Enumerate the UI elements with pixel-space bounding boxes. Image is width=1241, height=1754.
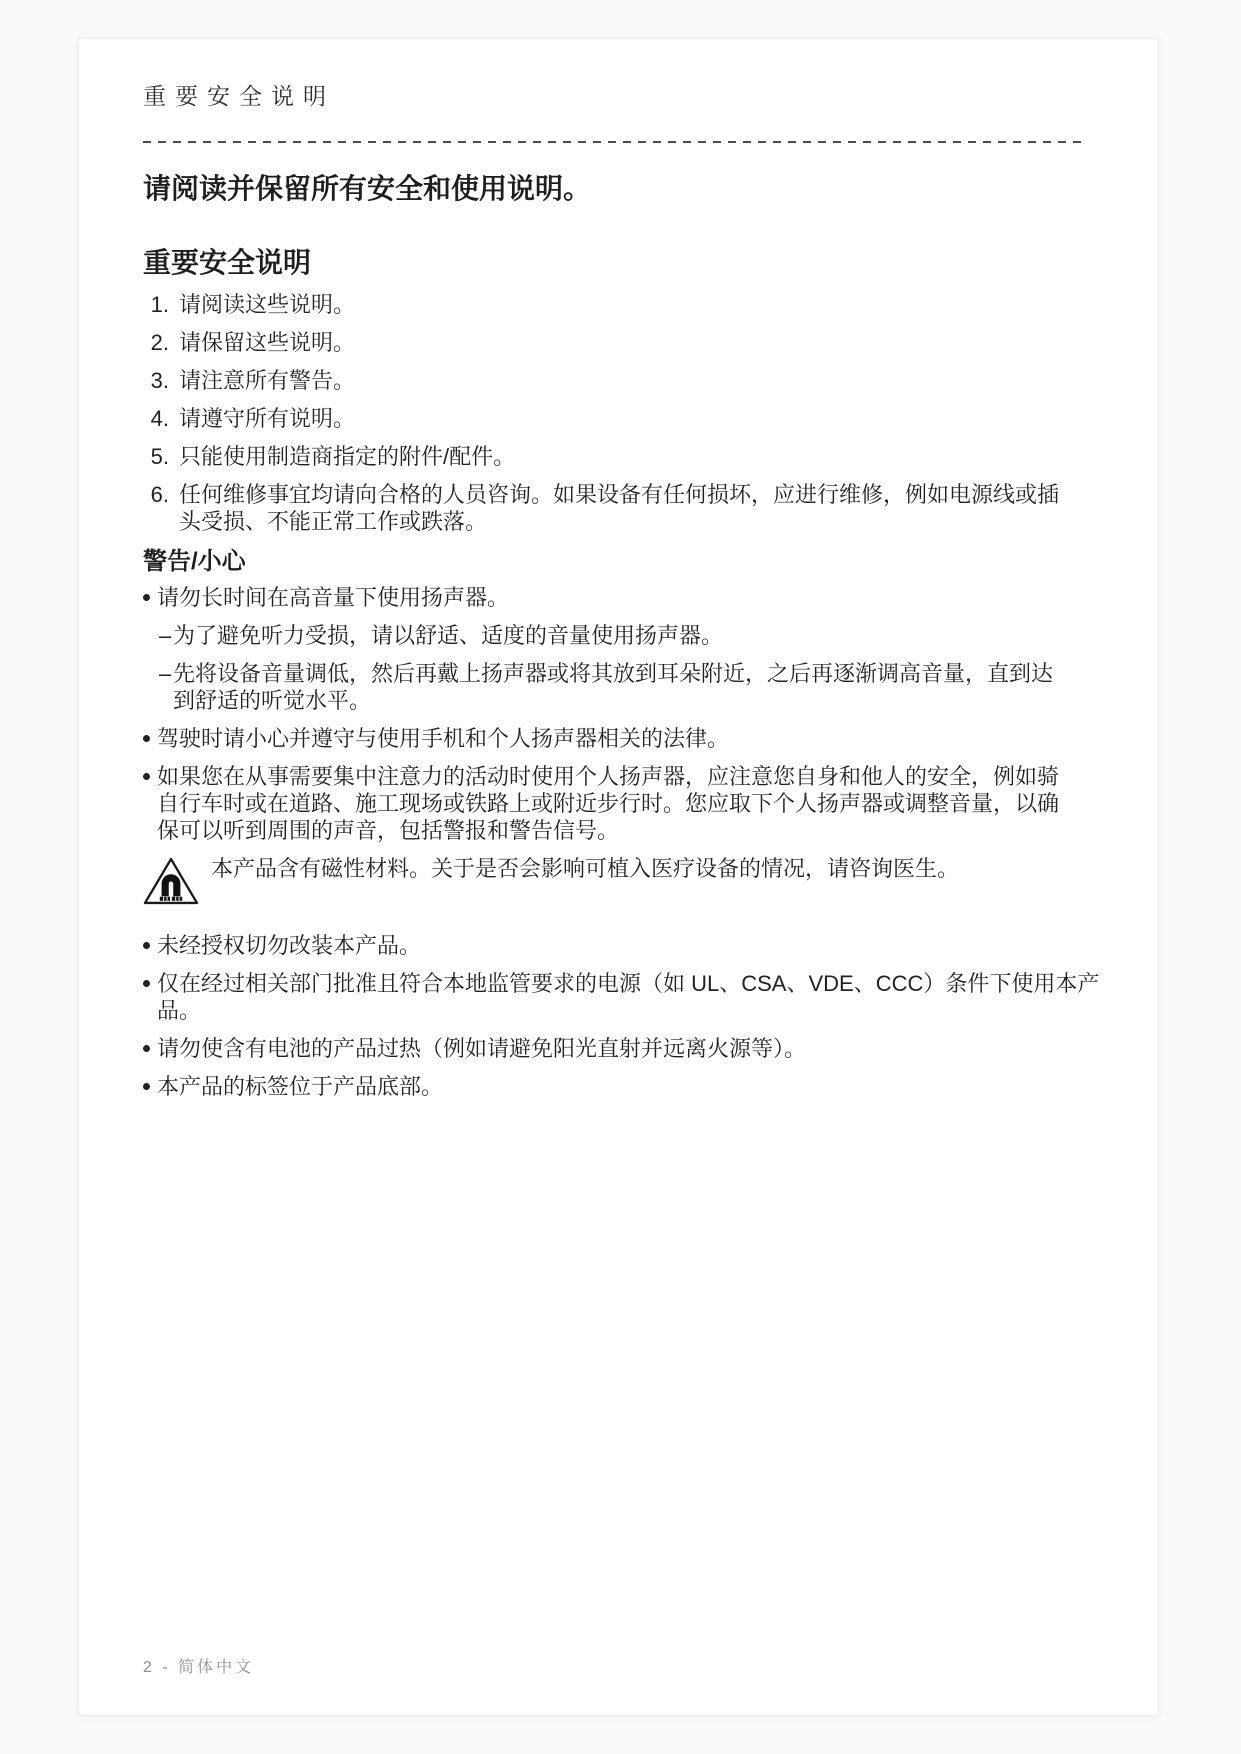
list-item: 驾驶时请小心并遵守与使用手机和个人扬声器相关的法律。 xyxy=(143,725,1118,752)
bullet-icon xyxy=(143,1083,150,1090)
section-title-warning-caution: 警告/小心 xyxy=(143,549,1118,575)
list-item-number: 6. xyxy=(143,481,169,508)
list-item-text: 仅在经过相关部门批准且符合本地监管要求的电源（如 UL、CSA、VDE、CCC）… xyxy=(157,970,1118,1024)
running-header-title: 重要安全说明 xyxy=(143,84,1118,108)
list-item: 请勿使含有电池的产品过热（例如请避免阳光直射并远离火源等）。 xyxy=(143,1035,1118,1062)
dash-marker: – xyxy=(159,660,173,687)
list-item: 未经授权切勿改装本产品。 xyxy=(143,932,1118,959)
bullet-icon xyxy=(143,735,150,742)
sub-list-item: – 先将设备音量调低，然后再戴上扬声器或将其放到耳朵附近，之后再逐渐调高音量，直… xyxy=(159,660,1118,714)
list-item-text: 请保留这些说明。 xyxy=(179,329,1118,356)
additional-warnings-list: 未经授权切勿改装本产品。 仅在经过相关部门批准且符合本地监管要求的电源（如 UL… xyxy=(143,932,1118,1100)
list-item-text: 本产品的标签位于产品底部。 xyxy=(157,1073,1118,1100)
bullet-icon xyxy=(143,1045,150,1052)
list-item-text: 请遵守所有说明。 xyxy=(179,405,1118,432)
list-item-text: 请注意所有警告。 xyxy=(179,367,1118,394)
magnet-warning-note: 本产品含有磁性材料。关于是否会影响可植入医疗设备的情况，请咨询医生。 xyxy=(141,855,1118,907)
dash-marker: – xyxy=(159,622,173,649)
list-item-number: 1. xyxy=(143,291,169,318)
list-item: 2. 请保留这些说明。 xyxy=(143,329,1118,356)
intro-statement: 请阅读并保留所有安全和使用说明。 xyxy=(143,173,1118,205)
list-item: 6. 任何维修事宜均请向合格的人员咨询。如果设备有任何损坏，应进行维修，例如电源… xyxy=(143,481,1118,535)
list-item: 5. 只能使用制造商指定的附件/配件。 xyxy=(143,443,1118,470)
bullet-icon xyxy=(143,594,150,601)
dashed-divider xyxy=(143,141,1081,143)
safety-instructions-list: 1. 请阅读这些说明。 2. 请保留这些说明。 3. 请注意所有警告。 4. 请… xyxy=(143,291,1118,535)
bullet-icon xyxy=(143,773,150,780)
list-item-text: 请勿长时间在高音量下使用扬声器。 xyxy=(157,584,1118,611)
list-item-number: 2. xyxy=(143,329,169,356)
list-item-text: 先将设备音量调低，然后再戴上扬声器或将其放到耳朵附近，之后再逐渐调高音量，直到达… xyxy=(173,660,1118,714)
magnet-warning-icon xyxy=(141,855,201,907)
list-item: 如果您在从事需要集中注意力的活动时使用个人扬声器，应注意您自身和他人的安全，例如… xyxy=(143,763,1118,844)
list-item-text: 驾驶时请小心并遵守与使用手机和个人扬声器相关的法律。 xyxy=(157,725,1118,752)
list-item-number: 3. xyxy=(143,367,169,394)
list-item-text: 为了避免听力受损，请以舒适、适度的音量使用扬声器。 xyxy=(173,622,1118,649)
list-item-text: 未经授权切勿改装本产品。 xyxy=(157,932,1118,959)
page-footer: 2 - 简体中文 xyxy=(143,1654,254,1677)
list-item-number: 4. xyxy=(143,405,169,432)
section-title-important-safety: 重要安全说明 xyxy=(143,248,1118,278)
bullet-icon xyxy=(143,942,150,949)
list-item: 3. 请注意所有警告。 xyxy=(143,367,1118,394)
list-item-text: 如果您在从事需要集中注意力的活动时使用个人扬声器，应注意您自身和他人的安全，例如… xyxy=(157,763,1118,844)
list-item-text: 请阅读这些说明。 xyxy=(179,291,1118,318)
list-item-number: 5. xyxy=(143,443,169,470)
document-page: 重要安全说明 请阅读并保留所有安全和使用说明。 重要安全说明 1. 请阅读这些说… xyxy=(78,38,1159,1716)
list-item: 1. 请阅读这些说明。 xyxy=(143,291,1118,318)
warnings-list: 请勿长时间在高音量下使用扬声器。 – 为了避免听力受损，请以舒适、适度的音量使用… xyxy=(143,584,1118,844)
list-item: 请勿长时间在高音量下使用扬声器。 xyxy=(143,584,1118,611)
list-item: 本产品的标签位于产品底部。 xyxy=(143,1073,1118,1100)
doc-header: 重要安全说明 xyxy=(143,84,1118,143)
list-item-text: 请勿使含有电池的产品过热（例如请避免阳光直射并远离火源等）。 xyxy=(157,1035,1118,1062)
bullet-icon xyxy=(143,980,150,987)
list-item: 仅在经过相关部门批准且符合本地监管要求的电源（如 UL、CSA、VDE、CCC）… xyxy=(143,970,1118,1024)
list-item: 4. 请遵守所有说明。 xyxy=(143,405,1118,432)
sub-list-item: – 为了避免听力受损，请以舒适、适度的音量使用扬声器。 xyxy=(159,622,1118,649)
magnet-warning-text: 本产品含有磁性材料。关于是否会影响可植入医疗设备的情况，请咨询医生。 xyxy=(211,855,959,882)
list-item-text: 只能使用制造商指定的附件/配件。 xyxy=(179,443,1118,470)
list-item-text: 任何维修事宜均请向合格的人员咨询。如果设备有任何损坏，应进行维修，例如电源线或插… xyxy=(179,481,1118,535)
